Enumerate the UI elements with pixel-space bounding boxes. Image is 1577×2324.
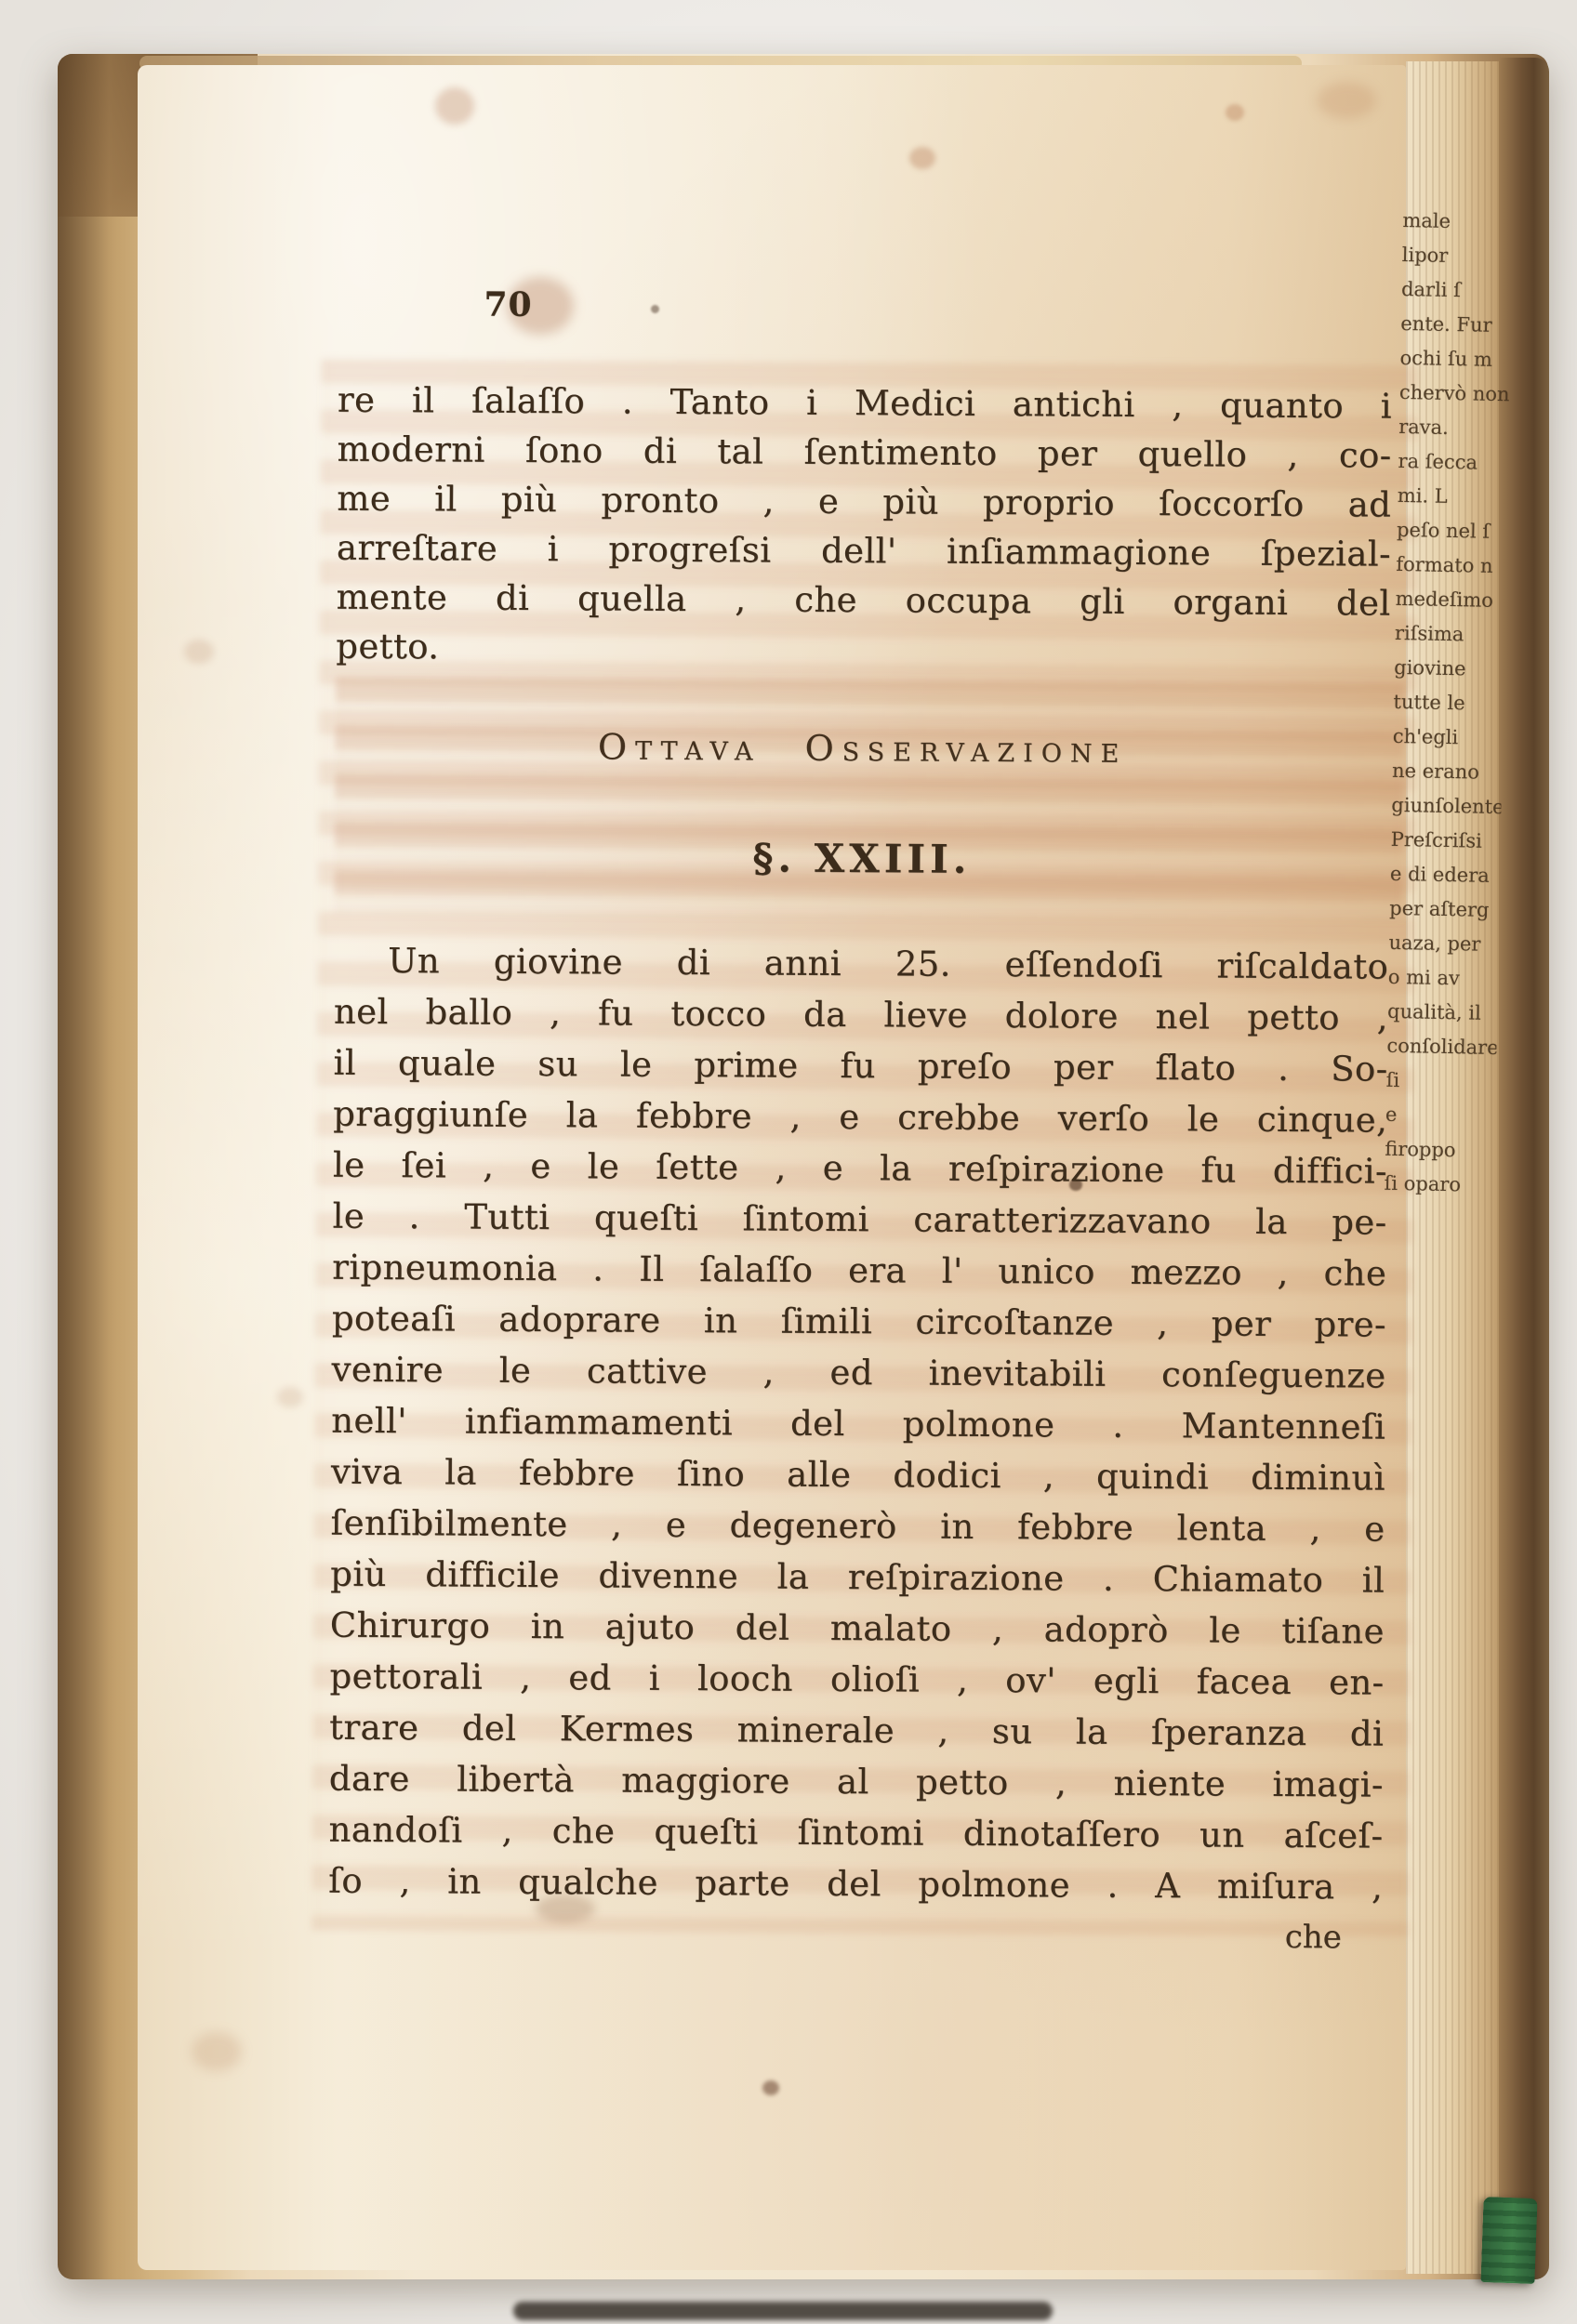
text-line: ſo , in qualche parte del polmone . A mi…	[328, 1855, 1383, 1913]
section-mark: §. XXIII.	[335, 833, 1389, 885]
text-line: moderni ſono di tal ſentimento per quell…	[337, 425, 1391, 481]
text-line: mente di quella , che occupa gli organi …	[336, 573, 1390, 628]
photo-backdrop: malelipordarli ſente. Furochi ſu mchervò…	[0, 0, 1577, 2324]
text-line: praggiunſe la febbre , e crebbe verſo le…	[333, 1089, 1387, 1146]
text-line: il quale su le prime fu preſo per flato …	[333, 1037, 1387, 1095]
page-text: 70 re il ſalaſſo . Tanto i Medici antich…	[0, 0, 1577, 2324]
text-line: Un giovine di anni 25. eſſendoſi riſcald…	[334, 935, 1388, 993]
text-line: venire le cattive , ed inevitabili conſe…	[331, 1344, 1385, 1402]
text-line: me il più pronto , e più proprio ſoccorſ…	[337, 474, 1391, 530]
observation-heading: Ottava Osservazione	[336, 725, 1390, 772]
text-line: più difficile divenne la reſpirazione . …	[330, 1549, 1385, 1606]
text-line: pettorali , ed i looch olioſi , ov' egli…	[329, 1651, 1384, 1709]
text-line: nell' infiammamenti del polmone . Manten…	[331, 1395, 1385, 1453]
page-number: 70	[484, 285, 532, 324]
text-line: re il ſalaſſo . Tanto i Medici antichi ,…	[338, 376, 1392, 431]
paragraph-continuation: re il ſalaſſo . Tanto i Medici antichi ,…	[336, 376, 1392, 678]
text-line: petto.	[336, 622, 1390, 678]
observation-paragraph: Un giovine di anni 25. eſſendoſi riſcald…	[328, 935, 1388, 1913]
catchword: che	[328, 1913, 1342, 1957]
text-line: ſenſibilmente , e degenerò in febbre len…	[330, 1498, 1385, 1555]
text-line: le ſei , e le ſette , e la reſpirazione …	[333, 1140, 1387, 1197]
text-line: Chirurgo in ajuto del malato , adoprò le…	[330, 1600, 1385, 1657]
text-line: nel ballo , fu tocco da lieve dolore nel…	[334, 986, 1388, 1044]
table-shadow	[513, 2302, 1053, 2320]
text-line: nandoſi , che queſti ſintomi dinotaſſero…	[328, 1804, 1383, 1862]
text-line: poteaſi adoprare in ſimili circoſtanze ,…	[332, 1293, 1386, 1351]
text-line: le . Tutti queſti ſintomi caratterizzava…	[332, 1191, 1386, 1248]
text-line: ripneumonia . Il ſalaſſo era l' unico me…	[332, 1242, 1386, 1300]
text-line: arreſtare i progreſsi dell' inſiammagion…	[337, 523, 1391, 579]
text-line: dare libertà maggiore al petto , niente …	[329, 1753, 1384, 1811]
text-line: viva la febbre ſino alle dodici , quindi…	[331, 1446, 1385, 1504]
text-line: trare del Kermes minerale , su la ſperan…	[329, 1702, 1384, 1760]
